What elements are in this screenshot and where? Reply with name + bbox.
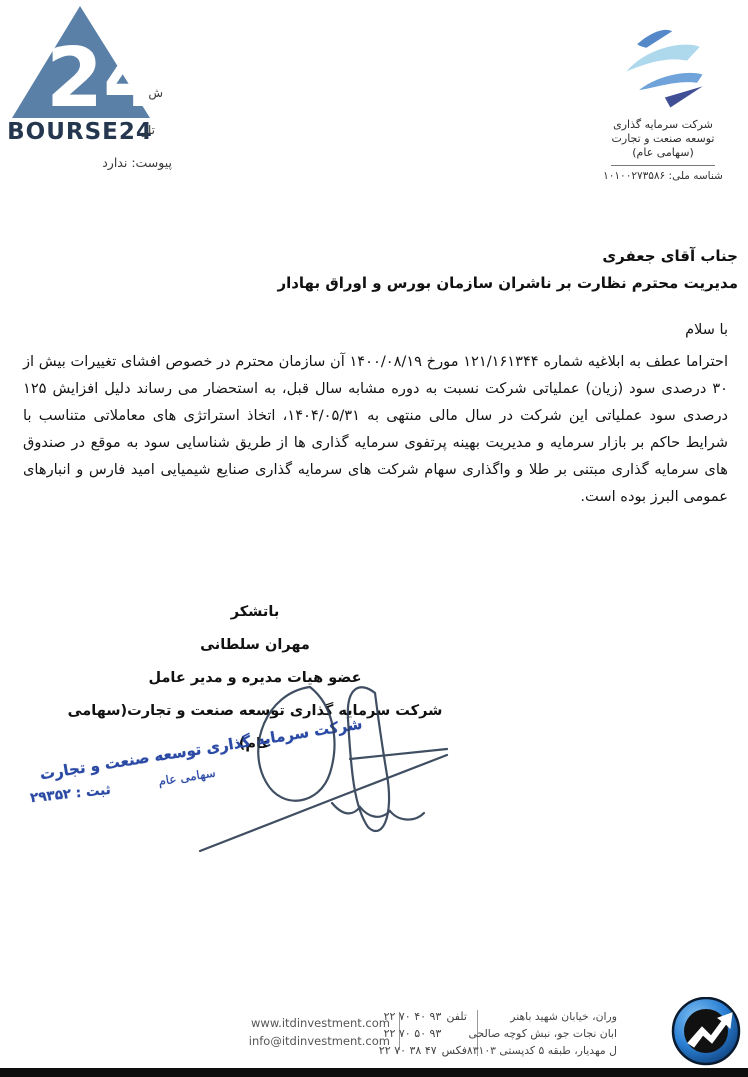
email-address: info@itdinvestment.com <box>230 1032 390 1050</box>
news-arrow-logo <box>664 997 748 1067</box>
date-label-fragment: تار <box>142 123 155 137</box>
fax-number: ۲۲ ۷۰ ۳۸ ۴۷ <box>379 1042 437 1059</box>
national-id: شناسه ملی: ۱۰۱۰۰۲۷۳۵۸۶ <box>598 170 728 182</box>
recipient-block: جناب آقای جعفری مدیریت محترم نظارت بر نا… <box>178 243 738 297</box>
attachment-field: پیوست: ندارد <box>102 155 172 170</box>
bourse24-24-glyph: 24 <box>46 31 156 121</box>
address-line-2: ابان نجات جو، نبش کوچه صالحی <box>467 1025 617 1042</box>
phone-label: تلفن <box>446 1008 467 1025</box>
recipient-name: جناب آقای جعفری <box>178 243 738 270</box>
bourse24-triangle-logo: 24 <box>6 3 156 121</box>
letterhead-divider <box>611 165 715 166</box>
salutation: با سلام <box>20 322 728 338</box>
signatory-name: مهران سلطانی <box>55 629 455 662</box>
national-id-label: شناسه ملی: <box>669 170 723 182</box>
company-logo-icon <box>617 22 709 114</box>
letter-body: احتراما عطف به ابلاغیه شماره ۱۲۱/۱۶۱۳۴۴ … <box>23 348 728 510</box>
number-label-fragment: ش <box>148 86 163 100</box>
footer-phone-column: تلفن ۲۲ ۷۰ ۴۰ ۹۳ تلفن ۲۲ ۷۰ ۵۰ ۹۳ فکس ۲۲… <box>377 1008 467 1059</box>
footer-web-column: www.itdinvestment.com info@itdinvestment… <box>230 1014 390 1050</box>
handwritten-signature <box>170 675 470 860</box>
national-id-value: ۱۰۱۰۰۲۷۳۵۸۶ <box>603 170 665 182</box>
footer-black-bar <box>0 1068 748 1077</box>
bourse24-wordmark: BOURSE24 <box>0 119 160 145</box>
fax-label: فکس <box>442 1042 467 1059</box>
address-line-3: ل مهدیار، طبقه ۵ کدپستی ۱۹۷۱۹۸۳۱۰۳ <box>467 1042 617 1059</box>
scanned-letter-page: 24 BOURSE24 ش تار پیوست: ندارد شرکت سرما… <box>0 0 748 1077</box>
signature-thanks: باتشکر <box>55 596 455 629</box>
company-name-line2: توسعه صنعت و تجارت <box>598 132 728 146</box>
website-url: www.itdinvestment.com <box>230 1014 390 1032</box>
address-line-1: وران، خیابان شهید باهنر <box>467 1008 617 1025</box>
company-name-line1: شرکت سرمایه گذاری <box>598 118 728 132</box>
company-name-line3: (سهامی عام) <box>598 146 728 160</box>
company-stamp-registration: ثبت : ۲۹۳۵۲ <box>29 782 111 806</box>
recipient-title: مدیریت محترم نظارت بر ناشران سازمان بورس… <box>178 270 738 297</box>
phone-number-2: ۲۲ ۷۰ ۵۰ ۹۳ <box>384 1025 442 1042</box>
footer-address-column: وران، خیابان شهید باهنر ابان نجات جو، نب… <box>467 1008 617 1059</box>
phone-number-1: ۲۲ ۷۰ ۴۰ ۹۳ <box>384 1008 442 1025</box>
company-letterhead: شرکت سرمایه گذاری توسعه صنعت و تجارت (سه… <box>598 22 728 182</box>
